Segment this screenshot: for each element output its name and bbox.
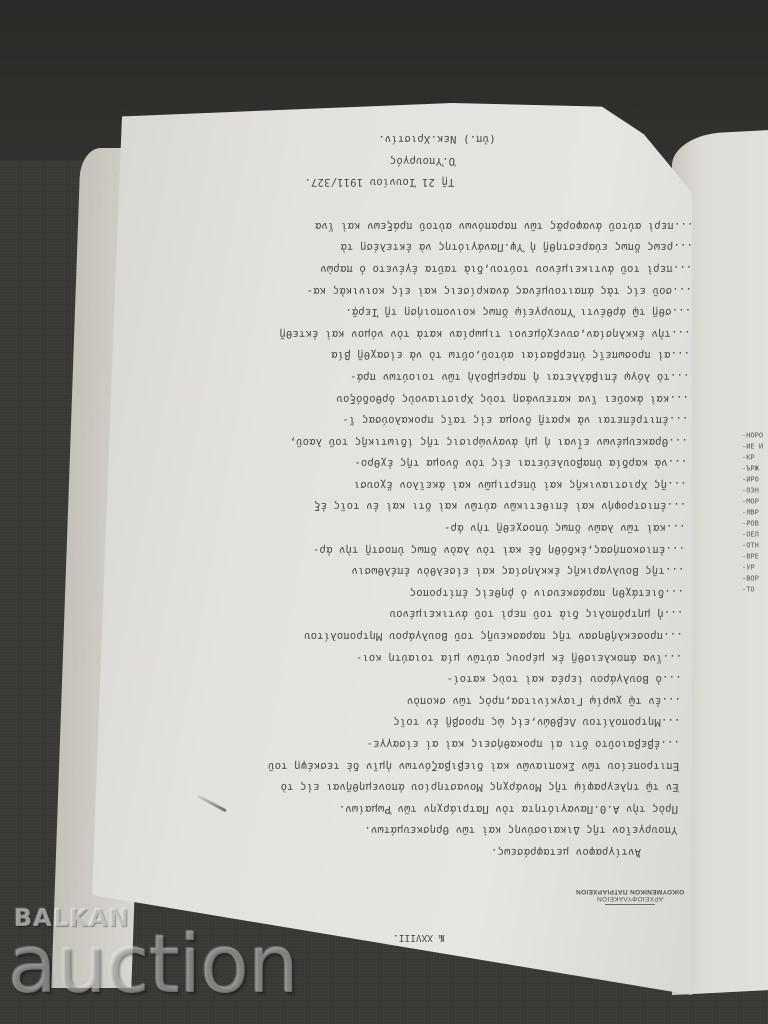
text-line: ...ἐπιτρέπεται νὰ κρατῇ ὄνομα εἰς ταῖς π… [188, 409, 689, 431]
text-line: ...ἐπισκοπήσας,ἐκδόθη δὲ καὶ τὸν λαὸν ὅπ… [185, 538, 686, 560]
text-line: ...διετάχθη παράσκευσιν ὁ ῥηθεὶς ἐπίτροπ… [183, 581, 684, 603]
text-line: ...καὶ ἀκοῦει ἵνα κατευνάσῃ τοὺς Χριστια… [189, 387, 690, 409]
text-line: Ὑπουργεῖον τῆς Δικαιοσύνης καὶ τῶν Θρησκ… [177, 819, 678, 841]
text-line: Ὁ.Ὑπουργός [195, 149, 696, 171]
text-line: ...ἡ μητρόπολις διὰ τοῦ περὶ τοῦ ἀντικει… [183, 603, 684, 625]
text-line: Ἀντίγραφον μεταφράσεως. [177, 840, 678, 862]
right-page-margin-text: -НОРО -ИЕ И -КР -ЪРЖ -ИРО -ОЗН -МОР -ЯВР… [742, 430, 768, 595]
text-line: Πρὸς τὴν Α.Θ.Παναγιότητα τὸν Πατριάρχην … [178, 797, 679, 819]
typewritten-text: Ἀντίγραφον μεταφράσεως.Ὑπουργεῖον τῆς Δι… [177, 152, 696, 862]
text-line: ...ἐβεβαιοῦτο ὅτι αἱ προκαθήσεις καὶ αἱ … [180, 732, 681, 754]
text-line: ...ἵνα ἀποκλεισθῇ ἐκ μέρους αὐτῶν μία το… [182, 646, 683, 668]
text-line: ...νὰ καρδία ὑπαβουλεύεται εἰς τὸν ὄνομα… [187, 452, 688, 474]
text-line: ...περὶ αὐτοῦ ἀναφορᾶς τῶν παραπόνων αὐτ… [193, 214, 694, 236]
text-line: Ἐπιτροπείου τῶν Σκοπιανῶν καὶ διεβιβαζόν… [179, 754, 680, 776]
page-number: № XXVIII. [393, 932, 444, 943]
text-line: ...τὸ λόγῳ ἐπιβάλλεται ἡ παρεμβολὴ τῶν τ… [189, 365, 690, 387]
stamp-line-1: ΟΙΚΟΥΜΕΝΙΚΟΝ ΠΑΤΡΙΑΡΧΕΙΟΝ [560, 888, 700, 895]
text-line: Ἐν τῷ τηλεγραφίῳ τῆς Μονάρχης Μοναστηρίο… [178, 776, 679, 798]
text-line: (ὑπ.) Νεκ.Χριστίν. [195, 127, 696, 149]
text-line: ...ἐπιστροφήν καὶ ἐπιθετικῶν αὐτῶν καὶ ὅ… [186, 495, 687, 517]
text-line: ...προσεκλήθησαν τῆς παρασκευῆς τοῦ Βουλ… [182, 624, 683, 646]
text-line: ...ὁ Βουλγάρου ἱερέα καὶ τοὺς κατοί- [181, 668, 682, 690]
text-line: ...περὶ τοῦ ἀντικειμένου τούτου,διὰ ταῦτ… [192, 257, 693, 279]
text-line: ...αἱ προσωπεῖς ὑπερβασίαι αὐτοῦ,οὕτω τὸ… [190, 344, 691, 366]
text-line: ...ρεως ὅπως εὐαρεστηθῇ ἡ Ὑψ.Πανάγιότης … [193, 236, 694, 258]
text-line: ...καὶ τῶν λαῶν ὅπως ὑποσχεθῇ τὴν ἀρ- [185, 517, 686, 539]
text-line: ...ἐν τῷ χωρίῳ Γιαγκίνιτσα,πρὸς τῶν σκοπ… [181, 689, 682, 711]
text-line: ...τῆς Βουλγαρικῆς ἐκκλησίας καὶ εἰσελθὸ… [184, 560, 685, 582]
archive-stamp: ΑΡΧΕΙΟΦΥΛΑΚΕΙΟΝ ΟΙΚΟΥΜΕΝΙΚΟΝ ΠΑΤΡΙΑΡΧΕΙΟ… [560, 888, 700, 905]
text-line: ...ῆς Χριστιανικῆς καὶ ὑπερτιμῶν καὶ ἀκε… [186, 473, 687, 495]
text-line: ...σοῦ εἰς τὰς ἀπαιτουμένας ἀνακρίσεις κ… [191, 279, 692, 301]
blank-line [194, 192, 695, 214]
text-line: ...Μητροπολίτου Λεβθών,εἰς ὡς προσβῇ ἐν … [180, 711, 681, 733]
stamp-line-2: ΑΡΧΕΙΟΦΥΛΑΚΕΙΟΝ [560, 895, 700, 902]
text-line: ...σθῇ τῷ ἀρθέντι Ὑπουργείῳ ὅπως κοινοπο… [191, 301, 692, 323]
text-line: ...τὴν ἐκκλησίαν,συνεχόμενοι τιμωρίαν κα… [190, 322, 691, 344]
text-line: Τῇ 21 Ἰουνίου 1911/327. [194, 171, 695, 193]
stamp-rule [605, 904, 655, 905]
text-line: ...Θρακευμένων εἶναι ἡ μὴ ἀναγνώρισις τῆ… [187, 430, 688, 452]
